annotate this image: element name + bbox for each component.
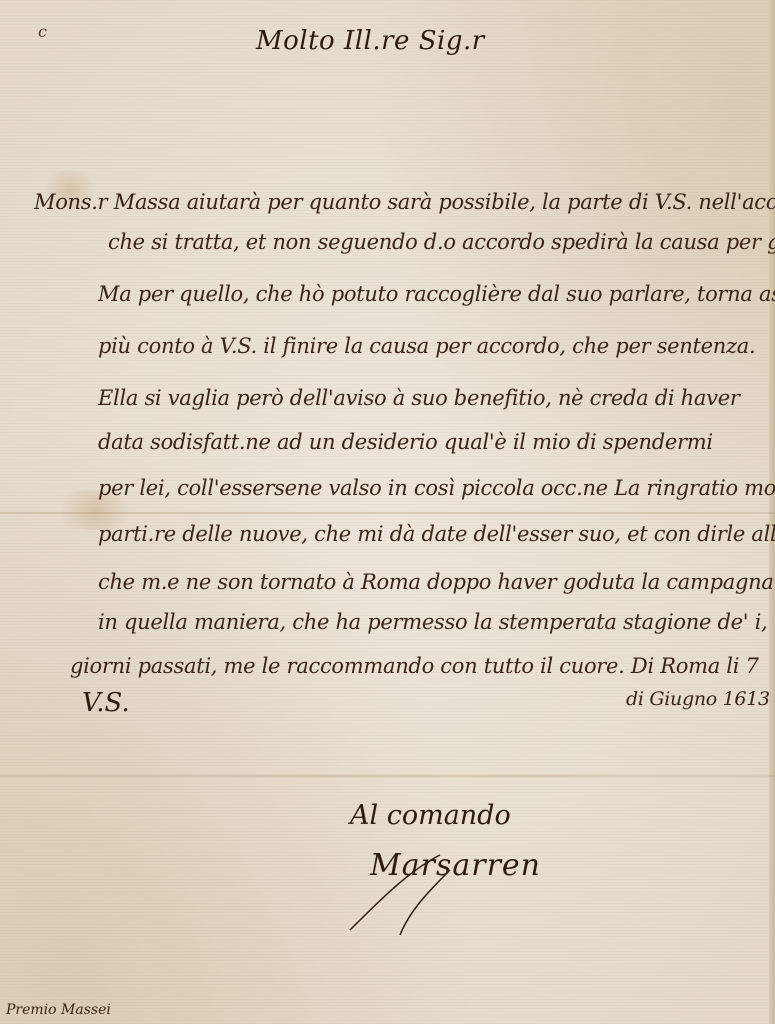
date-line: di Giugno 1613 (626, 688, 770, 710)
signoff: Al comando (350, 800, 511, 831)
body-line: che m.e ne son tornato à Roma doppo have… (98, 570, 774, 594)
letter-page: c Molto Ill.re Sig.r Mons.r Massa aiutar… (0, 0, 775, 1024)
corner-mark: c (38, 22, 47, 41)
body-line: giorni passati, me le raccommando con tu… (70, 654, 759, 678)
body-line: parti.re delle nuove, che mi dà date del… (98, 522, 775, 546)
body-line: più conto à V.S. il finire la causa per … (98, 334, 755, 358)
fold-line (0, 775, 775, 777)
body-line: in quella maniera, che ha permesso la st… (98, 610, 767, 634)
signature-flourish (340, 850, 580, 940)
body-line: Ella si vaglia però dell'aviso à suo ben… (98, 386, 740, 410)
addressee-abbrev: V.S. (82, 688, 130, 718)
body-line: per lei, coll'essersene valso in così pi… (98, 476, 775, 500)
body-line: Mons.r Massa aiutarà per quanto sarà pos… (34, 190, 775, 214)
body-line: data sodisfatt.ne ad un desiderio qual'è… (98, 430, 713, 454)
salutation: Molto Ill.re Sig.r (256, 26, 485, 56)
footer-note: Premio Massei (6, 1002, 111, 1018)
body-line: che si tratta, et non seguendo d.o accor… (108, 230, 775, 254)
body-line: Ma per quello, che hò potuto raccoglière… (98, 282, 775, 306)
